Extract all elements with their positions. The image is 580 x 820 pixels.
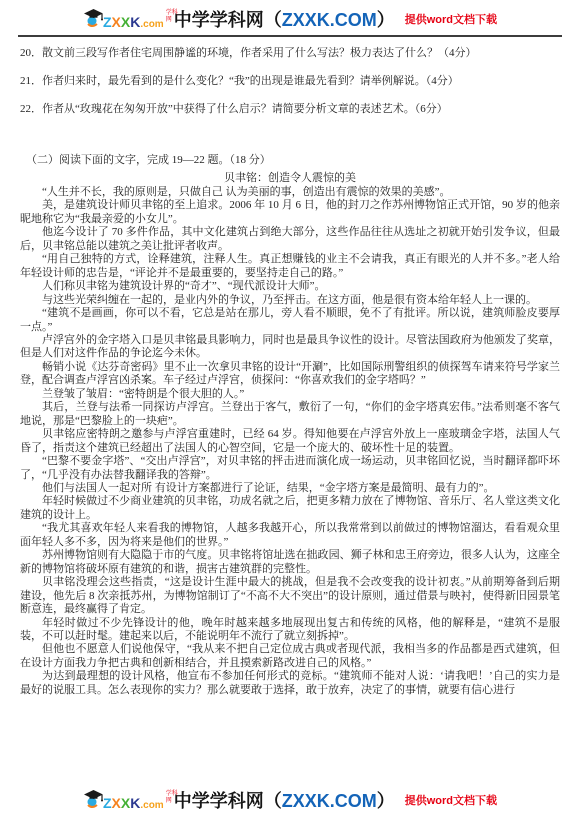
zxxk-logo-footer: ZXXK.com 学科网 bbox=[83, 789, 164, 811]
zxxk-logo: ZXXK.com 学科网 bbox=[83, 8, 164, 30]
passage-paragraph: 苏州博物馆则有大隐隐于市的气度。贝聿铭将馆址选在拙政园、狮子林和忠王府旁边，很多… bbox=[20, 549, 560, 576]
graduation-cap-icon bbox=[83, 789, 105, 811]
passage-paragraph: 贝聿铭没理会这些指责，“这是设计生涯中最大的挑战，但是我不会改变我的设计初衷。”… bbox=[20, 576, 560, 616]
logo-letter: X bbox=[121, 796, 130, 810]
zxxk-wordmark: ZXXK.com bbox=[103, 796, 164, 811]
document-page: ZXXK.com 学科网 中学学科网（ZXXK.COM） 提供word文档下载 … bbox=[0, 0, 580, 820]
footer-slogan: 提供word文档下载 bbox=[405, 792, 497, 808]
passage-paragraph: 他们与法国人一起对所 有设计方案都进行了论证，结果，“金字塔方案是最简明、最有力… bbox=[20, 482, 560, 495]
footer-brandbar: ZXXK.com 学科网 中学学科网（ZXXK.COM） 提供word文档下载 bbox=[0, 786, 580, 814]
passage-paragraph: 其后，兰登与法希一同探访卢浮宫。兰登出于客气，敷衍了一句，“你们的金字塔真宏伟。… bbox=[20, 401, 560, 428]
question-21: 21．作者归来时，最先看到的是什么变化？“我”的出现是谁最先看到？请举例解说。（… bbox=[20, 74, 560, 89]
passage-paragraph: 兰登皱了皱眉：“密特朗是个很大胆的人。” bbox=[20, 388, 560, 401]
passage-paragraph: 为达到最理想的设计风格，他宣布不参加任何形式的竞标。“建筑师不能对人说：‘请我吧… bbox=[20, 670, 560, 697]
passage-paragraph: 与这些光荣纠缠在一起的，是业内外的争议，乃至抨击。在这方面，他是很有资本给年轻人… bbox=[20, 294, 560, 307]
site-title: 中学学科网（ZXXK.COM） bbox=[174, 6, 395, 32]
graduation-cap-icon bbox=[83, 8, 105, 30]
site-title-footer: 中学学科网（ZXXK.COM） bbox=[174, 787, 395, 813]
passage-paragraph: 但他也不愿意人们说他保守，“我从来不把自己定位成古典或者现代派，我相当多的作品都… bbox=[20, 643, 560, 670]
question-22: 22．作者从“玫瑰花在匆匆开放”中获得了什么启示？请简要分析文章的表述艺术。（6… bbox=[20, 102, 560, 117]
site-title-prefix: 中学学科网（ bbox=[174, 10, 282, 30]
zxxk-wordmark: ZXXK.com bbox=[103, 15, 164, 30]
passage-paragraph: 贝聿铭应密特朗之邀参与卢浮宫重建时，已经 64 岁。得知他要在卢浮宫外放上一座玻… bbox=[20, 428, 560, 455]
passage-paragraph: 年轻时做过不少先锋设计的他，晚年时越来越多地展现出复古和传统的风格，他的解释是，… bbox=[20, 617, 560, 644]
passage-paragraph: “用自己独特的方式，诠释建筑，注释人生。真正想赚钱的业主不会请我，真正有眼光的人… bbox=[20, 253, 560, 280]
passage-paragraph: 他迄今设计了 70 多件作品，其中文化建筑占到绝大部分，这些作品往往从选址之初就… bbox=[20, 226, 560, 253]
logo-letter: K bbox=[130, 796, 140, 810]
passage-paragraph: 人们称贝聿铭为建筑设计界的“奇才”、“现代派设计大师”。 bbox=[20, 280, 560, 293]
site-title-domain: ZXXK.COM bbox=[282, 10, 377, 30]
section-heading: （二）阅读下面的文字，完成 19—22 题。（18 分） bbox=[26, 153, 560, 167]
site-title-domain: ZXXK.COM bbox=[282, 791, 377, 811]
passage-paragraph: “人生并不长，我的原则是，只做自己 认为美丽的事，创造出有震惊的效果的美感”。 bbox=[20, 186, 560, 199]
questions-block: 20．散文前三段写作者住宅周围静谧的环境，作者采用了什么写法？极力表达了什么？（… bbox=[20, 46, 560, 117]
logo-tiny-text: 学科网 bbox=[166, 10, 180, 23]
logo-com: .com bbox=[140, 20, 163, 30]
passage-body: “人生并不长，我的原则是，只做自己 认为美丽的事，创造出有震惊的效果的美感”。 … bbox=[20, 186, 560, 697]
logo-letter: X bbox=[121, 15, 130, 29]
passage-paragraph: “建筑不是画画，你可以不看，它总是站在那儿，旁人看不顺眼，免不了有批评。所以说，… bbox=[20, 307, 560, 334]
passage-paragraph: 畅销小说《达芬奇密码》里不止一次拿贝聿铭的设计“开涮”，比如国际刑警组织的侦探驾… bbox=[20, 361, 560, 388]
passage-title: 贝聿铭：创造令人震惊的美 bbox=[0, 171, 580, 185]
site-title-suffix: ） bbox=[377, 10, 395, 30]
logo-letter: X bbox=[112, 15, 121, 29]
header-slogan: 提供word文档下载 bbox=[405, 11, 497, 27]
logo-letter: Z bbox=[103, 796, 112, 810]
header-brandbar: ZXXK.com 学科网 中学学科网（ZXXK.COM） 提供word文档下载 bbox=[0, 0, 580, 33]
passage-paragraph: “巴黎不要金字塔”、“交出卢浮宫”，对贝聿铭的抨击进而演化成一场运动，贝聿铭回忆… bbox=[20, 455, 560, 482]
question-20: 20．散文前三段写作者住宅周围静谧的环境，作者采用了什么写法？极力表达了什么？（… bbox=[20, 46, 560, 61]
header-divider bbox=[18, 35, 562, 37]
passage-paragraph: 卢浮宫外的金字塔入口是贝聿铭最具影响力，同时也是最具争议性的设计。尽管法国政府为… bbox=[20, 334, 560, 361]
passage-paragraph: 美，是建筑设计师贝聿铭的至上追求。2006 年 10 月 6 日，他的封刀之作苏… bbox=[20, 199, 560, 226]
logo-com: .com bbox=[140, 801, 163, 811]
logo-letter: Z bbox=[103, 15, 112, 29]
passage-paragraph: “我尤其喜欢年轻人来看我的博物馆，人越多我越开心，所以我常常到以前做过的博物馆溜… bbox=[20, 522, 560, 549]
site-title-suffix: ） bbox=[377, 791, 395, 811]
logo-letter: K bbox=[130, 15, 140, 29]
site-title-prefix: 中学学科网（ bbox=[174, 791, 282, 811]
passage-paragraph: 年轻时候做过不少商业建筑的贝聿铭，功成名就之后，把更多精力放在了博物馆、音乐厅、… bbox=[20, 495, 560, 522]
logo-tiny-text: 学科网 bbox=[166, 791, 180, 804]
logo-letter: X bbox=[112, 796, 121, 810]
